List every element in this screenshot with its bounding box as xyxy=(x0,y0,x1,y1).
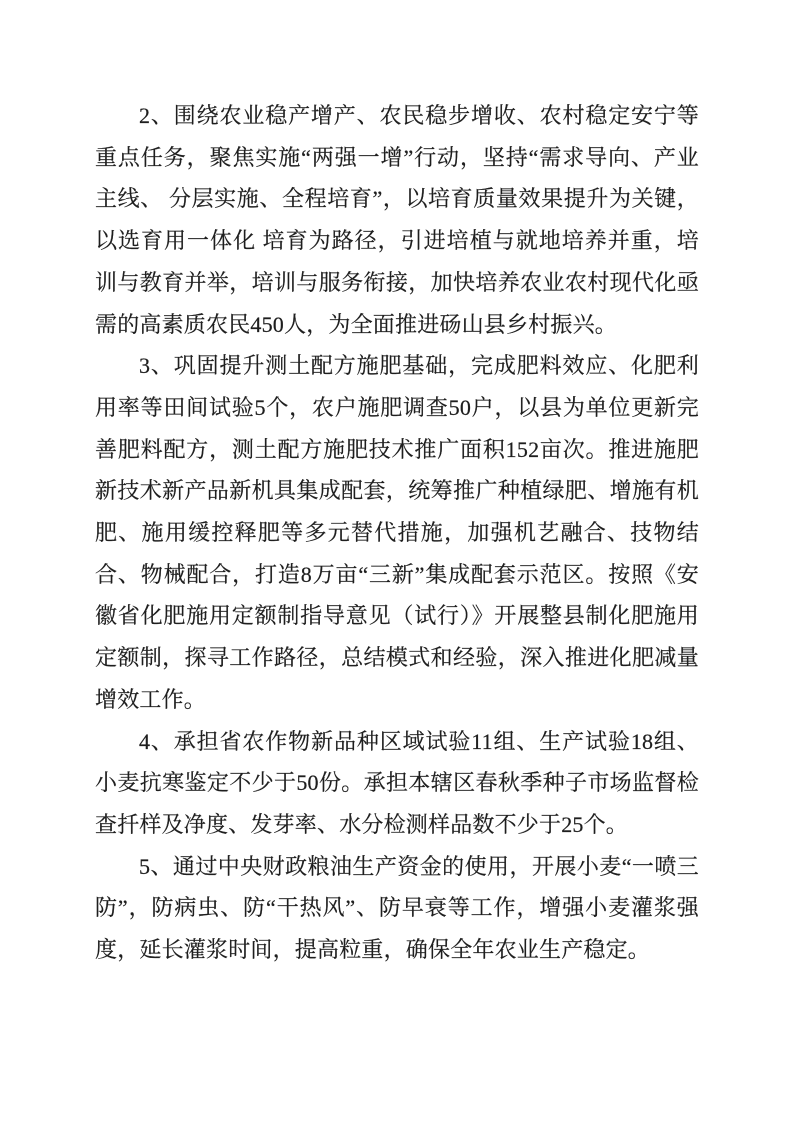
document-page: 2、围绕农业稳产增产、农民稳步增收、农村稳定安宁等重点任务，聚焦实施“两强一增”… xyxy=(0,0,794,1122)
document-body: 2、围绕农业稳产增产、农民稳步增收、农村稳定安宁等重点任务，聚焦实施“两强一增”… xyxy=(95,95,699,971)
paragraph-item-4: 4、承担省农作物新品种区域试验11组、生产试验18组、小麦抗寒鉴定不少于50份。… xyxy=(95,721,699,846)
paragraph-item-5: 5、通过中央财政粮油生产资金的使用，开展小麦“一喷三防”，防病虫、防“干热风”、… xyxy=(95,846,699,971)
paragraph-item-2: 2、围绕农业稳产增产、农民稳步增收、农村稳定安宁等重点任务，聚焦实施“两强一增”… xyxy=(95,95,699,345)
paragraph-item-3: 3、巩固提升测土配方施肥基础，完成肥料效应、化肥利用率等田间试验5个，农户施肥调… xyxy=(95,345,699,720)
